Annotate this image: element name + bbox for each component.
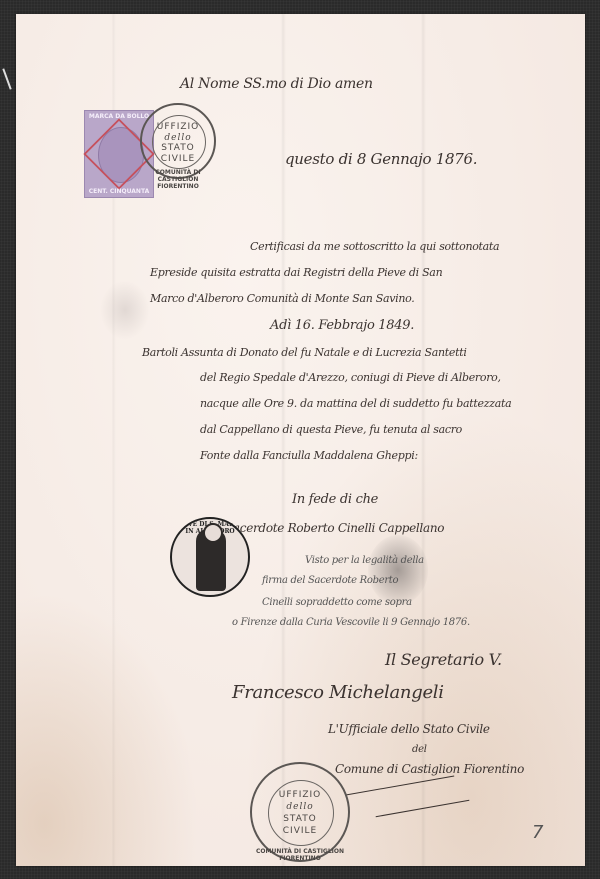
visto-line-4: o Firenze dalla Curia Vescovile li 9 Gen…	[232, 617, 470, 628]
stamp-line-1: UFFIZIO	[142, 122, 214, 132]
body-line-4-date: Adì 16. Febbrajo 1849.	[270, 318, 414, 333]
official-signature: Francesco Michelangeli	[232, 682, 444, 703]
stamp-ring-text: COMUNITÀ DI CASTIGLION FIORENTINO	[252, 848, 348, 862]
official-comune: Comune di Castiglion Fiorentino	[335, 762, 524, 776]
attestation-line-1: In fede di che	[292, 492, 378, 507]
civil-office-stamp-bottom: UFFIZIO dello STATO CIVILE COMUNITÀ DI C…	[250, 762, 350, 862]
ink-smudge	[100, 280, 150, 340]
body-line-6: del Regio Spedale d'Arezzo, coniugi di P…	[200, 371, 501, 384]
stamp-line-3: STATO	[142, 143, 214, 153]
stamp-line-2: dello	[142, 133, 214, 143]
body-line-8: dal Cappellano di questa Pieve, fu tenut…	[200, 423, 462, 436]
priest-signature: Sacerdote Roberto Cinelli Cappellano	[225, 521, 444, 535]
stamp-line-4: CIVILE	[252, 826, 348, 836]
edge-tear-mark	[2, 68, 11, 89]
body-line-1: Certificasi da me sottoscritto la qui so…	[250, 240, 499, 253]
curia-seal-smudge	[368, 535, 428, 605]
body-line-9: Fonte dalla Fanciulla Maddalena Gheppi:	[200, 449, 418, 462]
secretary-signature: Il Segretario V.	[385, 650, 502, 669]
body-line-2: Epreside quisita estratta dai Registri d…	[150, 266, 442, 279]
stamp-line-1: UFFIZIO	[252, 790, 348, 800]
body-line-3: Marco d'Alberoro Comunità di Monte San S…	[150, 292, 415, 305]
visto-line-3: Cinelli sopraddetto come sopra	[262, 597, 412, 608]
body-line-5: Bartoli Assunta di Donato del fu Natale …	[142, 346, 467, 359]
stamp-line-3: STATO	[252, 814, 348, 824]
official-title: L'Ufficiale dello Stato Civile	[328, 722, 490, 736]
invocation-header: Al Nome SS.mo di Dio amen	[180, 76, 373, 92]
civil-office-stamp-top: UFFIZIO dello STATO CIVILE COMUNITÀ DI C…	[140, 103, 216, 179]
page-number: 7	[532, 822, 543, 843]
visto-line-1: Visto per la legalità della	[305, 555, 424, 566]
stamp-line-2: dello	[252, 802, 348, 812]
stamp-line-4: CIVILE	[142, 154, 214, 164]
official-title-del: del	[412, 744, 427, 755]
visto-line-2: firma del Sacerdote Roberto	[262, 575, 398, 586]
stamp-ring-text: COMUNITÀ DI CASTIGLION FIORENTINO	[142, 169, 214, 190]
dateline: questo di 8 Gennajo 1876.	[285, 150, 477, 168]
saint-head-icon	[203, 523, 223, 543]
parish-seal: PIEVE DI S. MARCO IN ALBERORO	[170, 517, 250, 597]
body-line-7: nacque alle Ore 9. da mattina del di sud…	[200, 397, 511, 410]
